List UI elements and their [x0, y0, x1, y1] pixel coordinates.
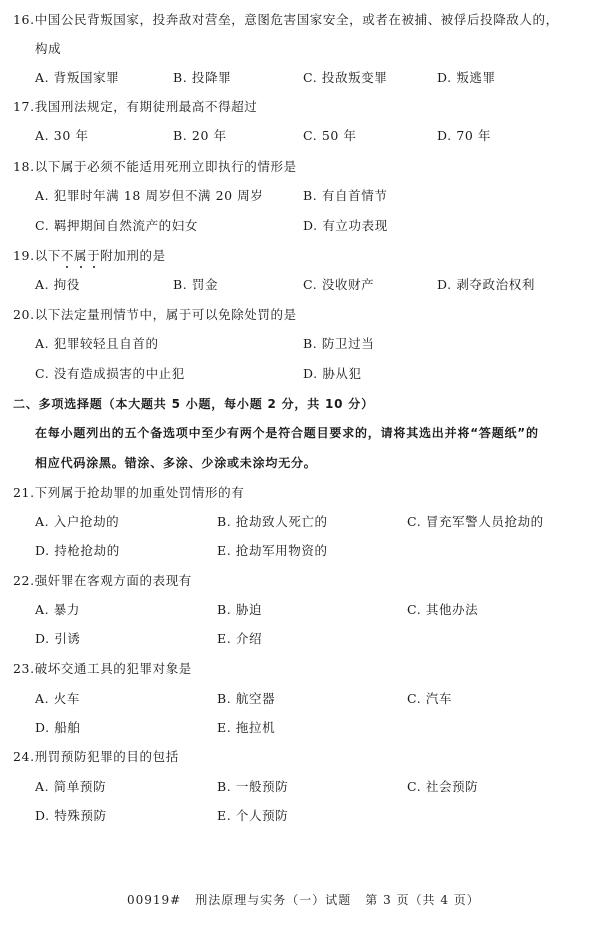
- option-a: A. 背叛国家罪: [35, 70, 119, 86]
- option-c: C. 汽车: [407, 691, 452, 707]
- question-text: 破坏交通工具的犯罪对象是: [35, 661, 192, 676]
- option-d: D. 引诱: [35, 631, 81, 647]
- question-20: 20.以下法定量刑情节中，属于可以免除处罚的是: [13, 307, 297, 323]
- section-instructions: 在每小题列出的五个备选项中至少有两个是符合题目要求的，请将其选出并将“答题纸”的: [35, 425, 539, 441]
- page-footer: 00919#刑法原理与实务（一）试题第 3 页（共 4 页）: [127, 891, 494, 908]
- option-a: A. 拘役: [35, 277, 80, 293]
- section-instructions: 相应代码涂黑。错涂、多涂、少涂或未涂均无分。: [35, 455, 317, 471]
- option-b: B. 罚金: [173, 277, 218, 293]
- option-b: B. 有自首情节: [303, 188, 387, 204]
- option-a: A. 犯罪较轻且自首的: [35, 336, 159, 352]
- option-a: A. 火车: [35, 691, 80, 707]
- exam-code: 00919#: [127, 893, 181, 907]
- option-d: D. 胁从犯: [303, 366, 362, 382]
- option-e: E. 拖拉机: [217, 720, 275, 736]
- question-number: 20.: [13, 307, 35, 322]
- question-18: 18.以下属于必须不能适用死刑立即执行的情形是: [13, 159, 297, 175]
- question-text: 中国公民背叛国家，投奔敌对营垒，意图危害国家安全，或者在被捕、被俘后投降敌人的，: [35, 12, 559, 27]
- question-text: 刑罚预防犯罪的目的包括: [35, 749, 179, 764]
- option-b: B. 投降罪: [173, 70, 231, 86]
- option-a: A. 30 年: [35, 128, 89, 144]
- question-text: 下列属于抢劫罪的加重处罚情形的有: [35, 485, 245, 500]
- option-d: D. 有立功表现: [303, 218, 388, 234]
- question-number: 18.: [13, 159, 35, 174]
- option-d: D. 70 年: [437, 128, 491, 144]
- option-e: E. 抢劫军用物资的: [217, 543, 328, 559]
- question-text: 以下属于必须不能适用死刑立即执行的情形是: [35, 159, 297, 174]
- option-b: B. 航空器: [217, 691, 275, 707]
- option-c: C. 社会预防: [407, 779, 478, 795]
- question-text-pre: 以下: [35, 248, 61, 263]
- option-c: C. 没收财产: [303, 277, 374, 293]
- option-b: B. 抢劫致人死亡的: [217, 514, 328, 530]
- option-a: A. 简单预防: [35, 779, 106, 795]
- question-text: 我国刑法规定，有期徒刑最高不得超过: [35, 99, 258, 114]
- question-17: 17.我国刑法规定，有期徒刑最高不得超过: [13, 99, 257, 115]
- option-b: B. 一般预防: [217, 779, 288, 795]
- question-number: 17.: [13, 99, 35, 114]
- option-b: B. 防卫过当: [303, 336, 374, 352]
- question-text: 强奸罪在客观方面的表现有: [35, 573, 192, 588]
- option-d: D. 剥夺政治权利: [437, 277, 535, 293]
- emphasis-char: 属: [74, 248, 87, 263]
- question-24: 24.刑罚预防犯罪的目的包括: [13, 749, 179, 765]
- option-a: A. 入户抢劫的: [35, 514, 119, 530]
- question-text-post: 附加刑的是: [100, 248, 166, 263]
- emphasis-char: 于: [87, 248, 100, 263]
- question-number: 19.: [13, 248, 35, 263]
- option-d: D. 叛逃罪: [437, 70, 496, 86]
- option-c: C. 冒充军警人员抢劫的: [407, 514, 544, 530]
- option-d: D. 特殊预防: [35, 808, 107, 824]
- option-d: D. 持枪抢劫的: [35, 543, 120, 559]
- option-c: C. 羁押期间自然流产的妇女: [35, 218, 198, 234]
- option-a: A. 暴力: [35, 602, 80, 618]
- option-c: C. 50 年: [303, 128, 357, 144]
- page-number: 第 3 页（共 4 页）: [365, 893, 480, 907]
- question-number: 24.: [13, 749, 35, 764]
- question-number: 23.: [13, 661, 35, 676]
- question-number: 16.: [13, 12, 35, 27]
- question-22: 22.强奸罪在客观方面的表现有: [13, 573, 192, 589]
- exam-title: 刑法原理与实务（一）试题: [195, 893, 351, 907]
- option-c: C. 没有造成损害的中止犯: [35, 366, 185, 382]
- option-b: B. 胁迫: [217, 602, 262, 618]
- question-text: 以下法定量刑情节中，属于可以免除处罚的是: [35, 307, 297, 322]
- question-number: 22.: [13, 573, 35, 588]
- option-e: E. 介绍: [217, 631, 262, 647]
- emphasis-char: 不: [61, 248, 74, 263]
- section-heading: 二、多项选择题（本大题共 5 小题，每小题 2 分，共 10 分）: [13, 396, 374, 412]
- option-e: E. 个人预防: [217, 808, 288, 824]
- question-16-continuation: 构成: [35, 41, 61, 57]
- question-19: 19.以下不属于附加刑的是: [13, 248, 166, 264]
- question-number: 21.: [13, 485, 35, 500]
- question-21: 21.下列属于抢劫罪的加重处罚情形的有: [13, 485, 244, 501]
- option-a: A. 犯罪时年满 18 周岁但不满 20 周岁: [35, 188, 263, 204]
- option-c: C. 投敌叛变罪: [303, 70, 387, 86]
- option-b: B. 20 年: [173, 128, 227, 144]
- option-d: D. 船舶: [35, 720, 81, 736]
- question-16: 16.中国公民背叛国家，投奔敌对营垒，意图危害国家安全，或者在被捕、被俘后投降敌…: [13, 12, 559, 28]
- question-23: 23.破坏交通工具的犯罪对象是: [13, 661, 192, 677]
- option-c: C. 其他办法: [407, 602, 478, 618]
